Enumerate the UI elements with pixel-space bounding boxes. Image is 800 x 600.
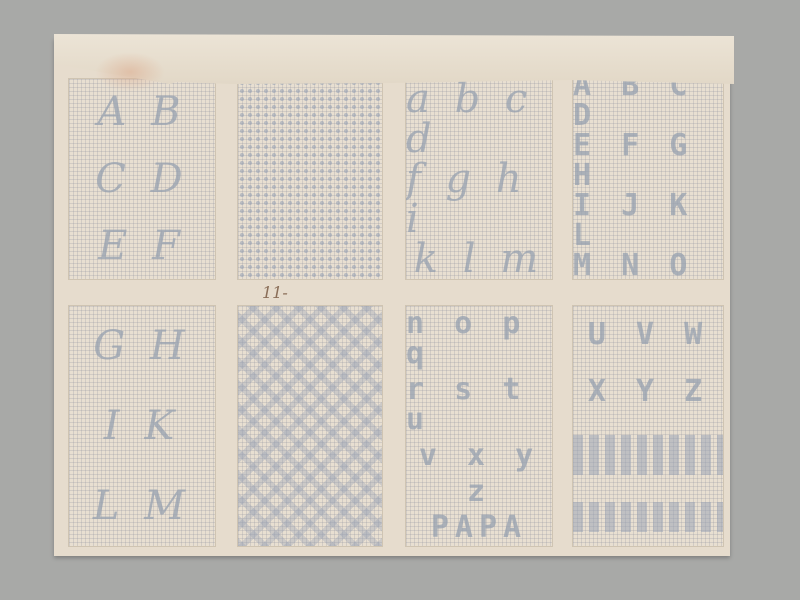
letter-row: z [467, 477, 491, 507]
panel-block-capitals-2: U V W X Y Z [572, 305, 724, 547]
panel-lowercase-1: a b c d f g h i k l m [405, 78, 553, 280]
letter-row: n o p q [406, 309, 552, 369]
letter-row: f g h i [406, 159, 552, 239]
panel-diamond-border [237, 305, 383, 547]
panel-script-capitals-1: A B C D E F [68, 78, 216, 280]
stain-mark [95, 52, 165, 92]
panel-script-capitals-2: G H I K L M [68, 305, 216, 547]
letter-row: M N O P [573, 251, 723, 280]
lattice-pattern [238, 79, 382, 279]
letter-row: I J K L [573, 191, 723, 251]
letter-row: E F G H [573, 131, 723, 191]
letter-row: k l m [414, 239, 544, 279]
letter-row: L M [93, 486, 191, 526]
letter-row: I K [104, 406, 180, 446]
handwritten-annotation: 11- [262, 283, 288, 302]
letter-row: G H [93, 326, 191, 366]
meander-pattern [573, 502, 723, 532]
diamond-pattern [238, 306, 382, 546]
border-band-pattern [573, 435, 723, 475]
panel-lowercase-2: n o p q r s t u v x y z PAPA [405, 305, 553, 547]
letter-row: a b c d [406, 79, 552, 159]
letter-row: U V W [588, 320, 708, 350]
letter-row: E F [98, 226, 186, 266]
letter-row: A B [98, 92, 187, 132]
letter-row: PAPA [431, 513, 527, 543]
panel-lattice [237, 78, 383, 280]
letter-row: X Y Z [588, 377, 708, 407]
letter-row: r s t u [406, 375, 552, 435]
letter-row: v x y [419, 441, 539, 471]
panel-block-capitals-1: A B C D E F G H I J K L M N O P Q R S T [572, 70, 724, 280]
letter-row: C D [95, 159, 188, 199]
